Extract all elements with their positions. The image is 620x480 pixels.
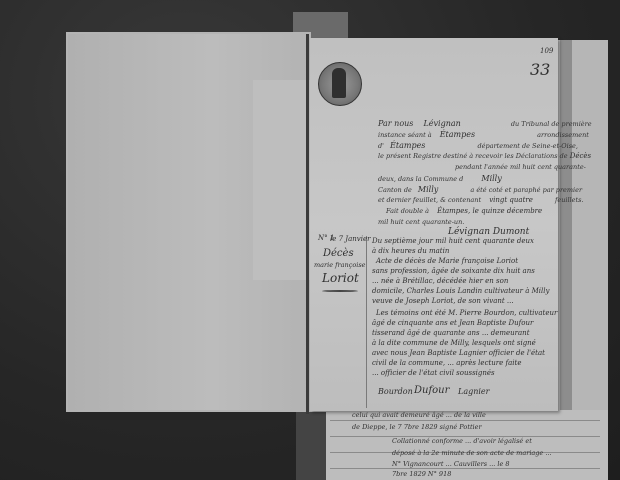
header-line-7: Canton de Milly a été coté et paraphé pa…: [378, 186, 582, 194]
margin-surname: Loriot: [322, 272, 359, 284]
body-line: avec nous Jean Baptiste Lagnier officier…: [372, 350, 545, 357]
sheet-line: Collationné conforme ... d'avoir légalis…: [392, 438, 532, 445]
margin-date: le 7 Janvier: [330, 236, 370, 243]
body-line: à dix heures du matin: [372, 248, 449, 255]
sheet-line: N° Vignancourt ... Cauvillers ... le 8: [392, 461, 510, 468]
body-line: Du septième jour mil huit cent quarante …: [372, 238, 534, 245]
signature-top: Lévignan Dumont: [448, 228, 529, 237]
header-line-5: pendant l'année mil huit cent quarante-: [455, 164, 586, 171]
body-line: veuve de Joseph Loriot, de son vivant ..…: [372, 298, 514, 305]
body-line: civil de la commune, ... après lecture f…: [372, 360, 521, 367]
body-line: Acte de décès de Marie françoise Loriot: [376, 258, 518, 265]
body-line: à la dite commune de Milly, lesquels ont…: [372, 340, 536, 347]
pasted-slip: [253, 80, 311, 280]
sheet-rule: [330, 468, 600, 469]
sheet-line: 7bre 1829 N° 918: [392, 471, 451, 478]
header-line-8: et dernier feuillet, & contenant vingt q…: [378, 197, 584, 204]
page-edge-shadow: [560, 40, 572, 460]
body-line: domicile, Charles Louis Landin cultivate…: [372, 288, 549, 295]
sheet-line: celui qui avait demeuré âgé ... de la vi…: [352, 412, 486, 419]
page-number: 33: [530, 62, 550, 78]
corner-shadow: [296, 412, 326, 480]
signature-lagnier: Lagnier: [458, 388, 489, 396]
header-line-9: Fait double à Étampes, le quinze décembr…: [386, 208, 542, 215]
page-fold: [306, 34, 309, 414]
header-line-6: deux, dans la Commune d Milly: [378, 175, 502, 183]
body-line: Les témoins ont été M. Pierre Bourdon, c…: [376, 310, 557, 317]
sheet-line: de Dieppe, le 7 7bre 1829 signé Pottier: [352, 424, 482, 431]
body-line: sans profession, âgée de soixante dix hu…: [372, 268, 535, 275]
margin-rule: [366, 236, 367, 408]
body-line: tisserand âgé de quarante ans ... demeur…: [372, 330, 530, 337]
sheet-line: déposé à la 2e minute de son acte de mar…: [392, 450, 552, 457]
body-line: ... officier de l'état civil soussignés: [372, 370, 495, 377]
folio-mark: 109: [540, 48, 553, 55]
signature-dufour: Dufour: [414, 386, 449, 396]
signature-bourdon: Bourdon: [378, 388, 413, 396]
body-line: ... née à Brétillac, décédée hier en son: [372, 278, 508, 285]
margin-subtitle: marie françoise: [314, 262, 366, 269]
sheet-rule: [330, 420, 600, 421]
header-line-1: Par nous Lévignan du Tribunal de premièr…: [378, 120, 592, 128]
margin-title: Décès: [323, 249, 354, 259]
margin-flourish: [322, 290, 358, 292]
header-line-10: mil huit cent quarante-un.: [378, 219, 464, 226]
header-line-2: instance séant à Étampes arrondissement: [378, 131, 589, 139]
body-line: âgé de cinquante ans et Jean Baptiste Du…: [372, 320, 533, 327]
header-line-4: le présent Registre destiné à recevoir l…: [378, 153, 591, 160]
seal-figure-icon: [332, 68, 346, 98]
header-line-3: d' Étampes département de Seine-et-Oise,: [378, 142, 578, 150]
